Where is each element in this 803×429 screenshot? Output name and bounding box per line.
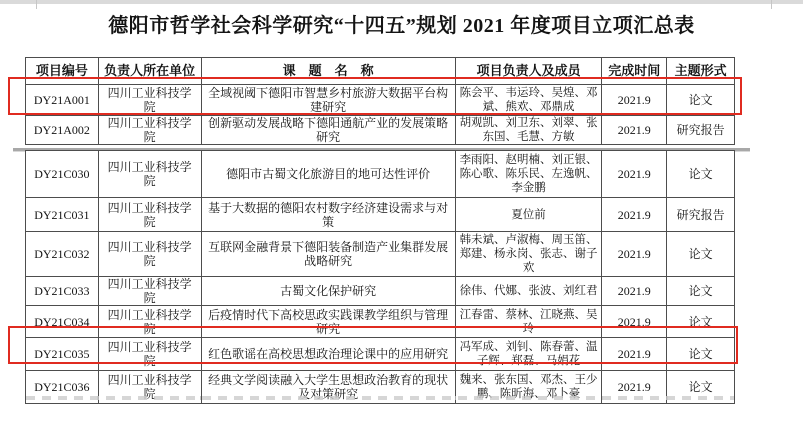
- cell-project-id: DY21A001: [26, 85, 98, 115]
- cell-project-id: DY21C032: [26, 232, 98, 276]
- column-header: 项目编号: [26, 58, 98, 84]
- cell-format: 论文: [666, 277, 734, 305]
- cell-completion: 2021.9: [601, 306, 666, 337]
- cell-completion: 2021.9: [601, 116, 666, 144]
- cell-completion: 2021.9: [601, 338, 666, 370]
- cell-org: 四川工业科技学院: [98, 198, 201, 231]
- cell-format: 论文: [666, 306, 734, 337]
- cell-topic: 后疫情时代下高校思政实践课教学组织与管理研究: [201, 306, 455, 337]
- cell-topic: 德阳市古蜀文化旅游目的地可达性评价: [201, 151, 455, 197]
- window-edge-strip: [0, 0, 803, 4]
- table-section-1: 项目编号负责人所在单位课 题 名 称项目负责人及成员完成时间主题形式DY21A0…: [25, 57, 735, 145]
- cell-topic: 创新驱动发展战略下德阳通航产业的发展策略研究: [201, 116, 455, 144]
- cell-project-id: DY21A002: [26, 116, 98, 144]
- cell-completion: 2021.9: [601, 277, 666, 305]
- cell-topic: 红色歌谣在高校思想政治理论课中的应用研究: [201, 338, 455, 370]
- column-header: 项目负责人及成员: [455, 58, 602, 84]
- cell-org: 四川工业科技学院: [98, 306, 201, 337]
- cell-project-id: DY21C030: [26, 151, 98, 197]
- cell-members: 夏位前: [455, 198, 602, 231]
- cell-project-id: DY21C034: [26, 306, 98, 337]
- table-row: DY21C031四川工业科技学院基于大数据的德阳农村数字经济建设需求与对策夏位前…: [26, 197, 734, 231]
- cell-format: 研究报告: [666, 116, 734, 144]
- cell-members: 徐伟、代娜、张波、刘红君: [455, 277, 602, 305]
- cell-format: 研究报告: [666, 198, 734, 231]
- cell-format: 论文: [666, 151, 734, 197]
- column-header: 主题形式: [666, 58, 734, 84]
- cell-completion: 2021.9: [601, 151, 666, 197]
- column-header: 负责人所在单位: [98, 58, 201, 84]
- table-row: DY21C034四川工业科技学院后疫情时代下高校思政实践课教学组织与管理研究江春…: [26, 305, 734, 337]
- page-title: 德阳市哲学社会科学研究“十四五”规划 2021 年度项目立项汇总表: [0, 9, 803, 38]
- cell-org: 四川工业科技学院: [98, 338, 201, 370]
- column-header: 课 题 名 称: [201, 58, 455, 84]
- cell-members: 江春雷、蔡林、江晓燕、吴玲: [455, 306, 602, 337]
- cell-project-id: DY21C031: [26, 198, 98, 231]
- table-row: DY21C033四川工业科技学院古蜀文化保护研究徐伟、代娜、张波、刘红君2021…: [26, 276, 734, 305]
- window-edge-tick: [771, 0, 772, 9]
- document-page: 德阳市哲学社会科学研究“十四五”规划 2021 年度项目立项汇总表 项目编号负责…: [0, 0, 803, 429]
- cell-completion: 2021.9: [601, 198, 666, 231]
- clipped-bottom-row: [26, 396, 734, 400]
- cell-members: 冯军成、刘钊、陈春蕾、温子辉、郑磊、马娟花: [455, 338, 602, 370]
- cell-format: 论文: [666, 232, 734, 276]
- table-header-row: 项目编号负责人所在单位课 题 名 称项目负责人及成员完成时间主题形式: [26, 58, 734, 84]
- column-header: 完成时间: [601, 58, 666, 84]
- cell-format: 论文: [666, 338, 734, 370]
- cell-org: 四川工业科技学院: [98, 85, 201, 115]
- cell-project-id: DY21C035: [26, 338, 98, 370]
- cell-org: 四川工业科技学院: [98, 151, 201, 197]
- cell-completion: 2021.9: [601, 85, 666, 115]
- cell-topic: 古蜀文化保护研究: [201, 277, 455, 305]
- window-edge-tick: [36, 0, 37, 9]
- table-row: DY21A002四川工业科技学院创新驱动发展战略下德阳通航产业的发展策略研究胡观…: [26, 115, 734, 144]
- cell-format: 论文: [666, 85, 734, 115]
- table-section-2: DY21C030四川工业科技学院德阳市古蜀文化旅游目的地可达性评价李雨阳、赵明楠…: [25, 150, 735, 404]
- table-row: DY21C032四川工业科技学院互联网金融背景下德阳装备制造产业集群发展战略研究…: [26, 231, 734, 276]
- cell-org: 四川工业科技学院: [98, 277, 201, 305]
- table-row: DY21C030四川工业科技学院德阳市古蜀文化旅游目的地可达性评价李雨阳、赵明楠…: [26, 151, 734, 197]
- cell-members: 陈会平、韦运玲、吴煌、邓斌、熊欢、邓鼎成: [455, 85, 602, 115]
- table-row: DY21A001四川工业科技学院全域视阈下德阳市智慧乡村旅游大数据平台构建研究陈…: [26, 84, 734, 115]
- cell-members: 李雨阳、赵明楠、刘正银、陈心歌、陈乐民、左逸帆、李金鹏: [455, 151, 602, 197]
- cell-completion: 2021.9: [601, 232, 666, 276]
- cell-members: 韩未斌、卢淑梅、周玉笛、郑建、杨永岗、张志、谢子欢: [455, 232, 602, 276]
- table-row: DY21C035四川工业科技学院红色歌谣在高校思想政治理论课中的应用研究冯军成、…: [26, 337, 734, 370]
- cell-org: 四川工业科技学院: [98, 116, 201, 144]
- cell-topic: 全域视阈下德阳市智慧乡村旅游大数据平台构建研究: [201, 85, 455, 115]
- cell-members: 胡观凯、刘卫东、刘翠、张东国、毛慧、方敏: [455, 116, 602, 144]
- cell-org: 四川工业科技学院: [98, 232, 201, 276]
- cell-topic: 互联网金融背景下德阳装备制造产业集群发展战略研究: [201, 232, 455, 276]
- cell-project-id: DY21C033: [26, 277, 98, 305]
- cell-topic: 基于大数据的德阳农村数字经济建设需求与对策: [201, 198, 455, 231]
